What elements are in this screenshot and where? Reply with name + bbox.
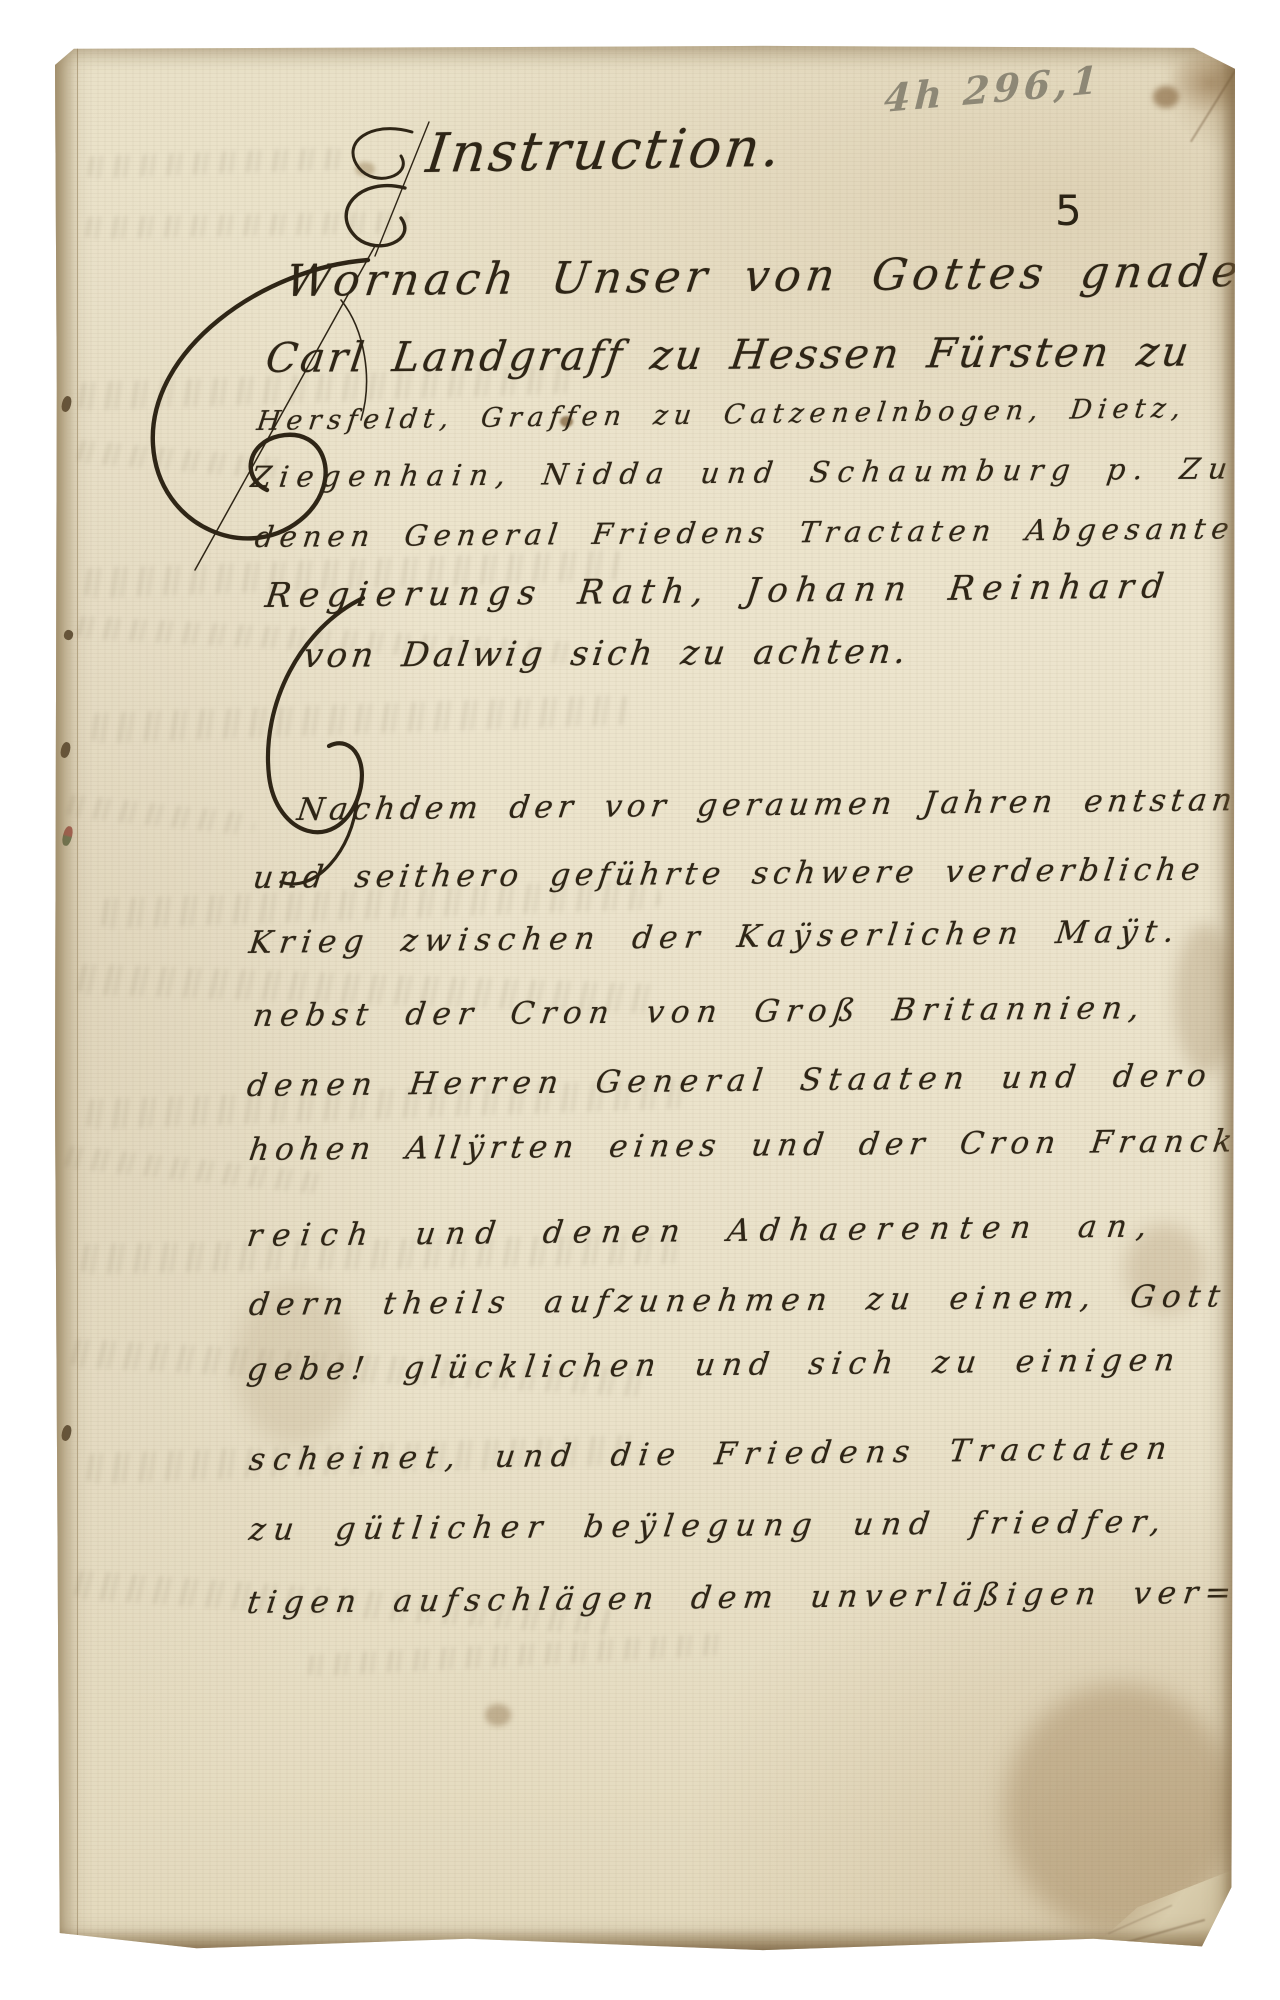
body-line-11: zu gütlicher beÿlegung und friedfer, (247, 1504, 1171, 1548)
dog-ear-corner (1085, 1869, 1235, 1954)
heading-line-1: Wornach Unser von Gottes gnaden (283, 246, 1280, 307)
stitch-mark (59, 741, 72, 759)
scan-background: 4h 296,1 5 Instruction. Wornach Unser vo… (0, 0, 1280, 2000)
document-title: Instruction. (423, 116, 786, 185)
heading-line-2: Carl Landgraff zu Hessen Fürsten zu (263, 327, 1194, 382)
stitch-mark-colored (61, 825, 75, 847)
corner-crease (1099, 1919, 1205, 1951)
body-line-7: reich und denen Adhaerenten an, (245, 1208, 1159, 1254)
foxing-stain (1175, 924, 1235, 1074)
bleed-through-text (64, 794, 255, 836)
body-line-10: scheinet, und die Friedens Tractaten (247, 1431, 1177, 1478)
bleed-through-text (83, 211, 413, 239)
corner-crease (1190, 61, 1242, 143)
stitch-mark (60, 395, 73, 413)
foxing-stain (485, 1704, 511, 1726)
body-line-1: Nachdem der vor geraumen Jahren entstand… (295, 781, 1280, 828)
heading-line-4: Ziegenhain, Nidda und Schaumburg p. Zu (249, 451, 1237, 494)
body-line-9: gebe! glücklichen und sich zu einigen (245, 1342, 1184, 1388)
body-line-8: dern theils aufzunehmen zu einem, Gott (247, 1278, 1229, 1323)
body-line-3: Krieg zwischen der Kaÿserlichen Maÿt. (247, 914, 1183, 961)
body-line-6: hohen Allÿrten eines und der Cron Franck… (247, 1123, 1256, 1168)
bleed-through-text (90, 695, 631, 744)
body-line-4: nebst der Cron von Groß Britannien, (251, 990, 1148, 1034)
corner-crease (1108, 1905, 1172, 1934)
heading-line-3: Hersfeldt, Graffen zu Catzenelnbogen, Di… (255, 393, 1188, 437)
deckle-edge-right (1221, 44, 1235, 1954)
stitch-mark (60, 1424, 73, 1442)
binding-spine (55, 44, 78, 1954)
body-line-5: denen Herren General Staaten und dero (245, 1058, 1215, 1104)
title-flourish (317, 114, 437, 264)
heading-line-5: denen General Friedens Tractaten Abgesan… (253, 511, 1257, 554)
worn-corner-top-right (1120, 44, 1235, 174)
foxing-stain (1005, 1684, 1235, 1934)
pencil-shelfmark: 4h 296,1 (883, 57, 1103, 121)
heading-line-7: von Dalwig sich zu achten. (301, 632, 912, 676)
foxing-stain (355, 162, 375, 176)
body-line-2: und seithero geführte schwere verderblic… (251, 852, 1207, 896)
deckle-edge-bottom (55, 1928, 1235, 1954)
bleed-through-text (85, 147, 346, 178)
page-number: 5 (1055, 186, 1082, 235)
heading-line-6: Regierungs Rath, Johann Reinhard (263, 566, 1174, 616)
bleed-through-text (305, 1633, 726, 1677)
document-page: 4h 296,1 5 Instruction. Wornach Unser vo… (55, 44, 1235, 1954)
stitch-mark (63, 629, 74, 641)
body-line-12: tigen aufschlägen dem unverläßigen ver= (245, 1575, 1240, 1621)
foxing-stain (1153, 86, 1179, 108)
